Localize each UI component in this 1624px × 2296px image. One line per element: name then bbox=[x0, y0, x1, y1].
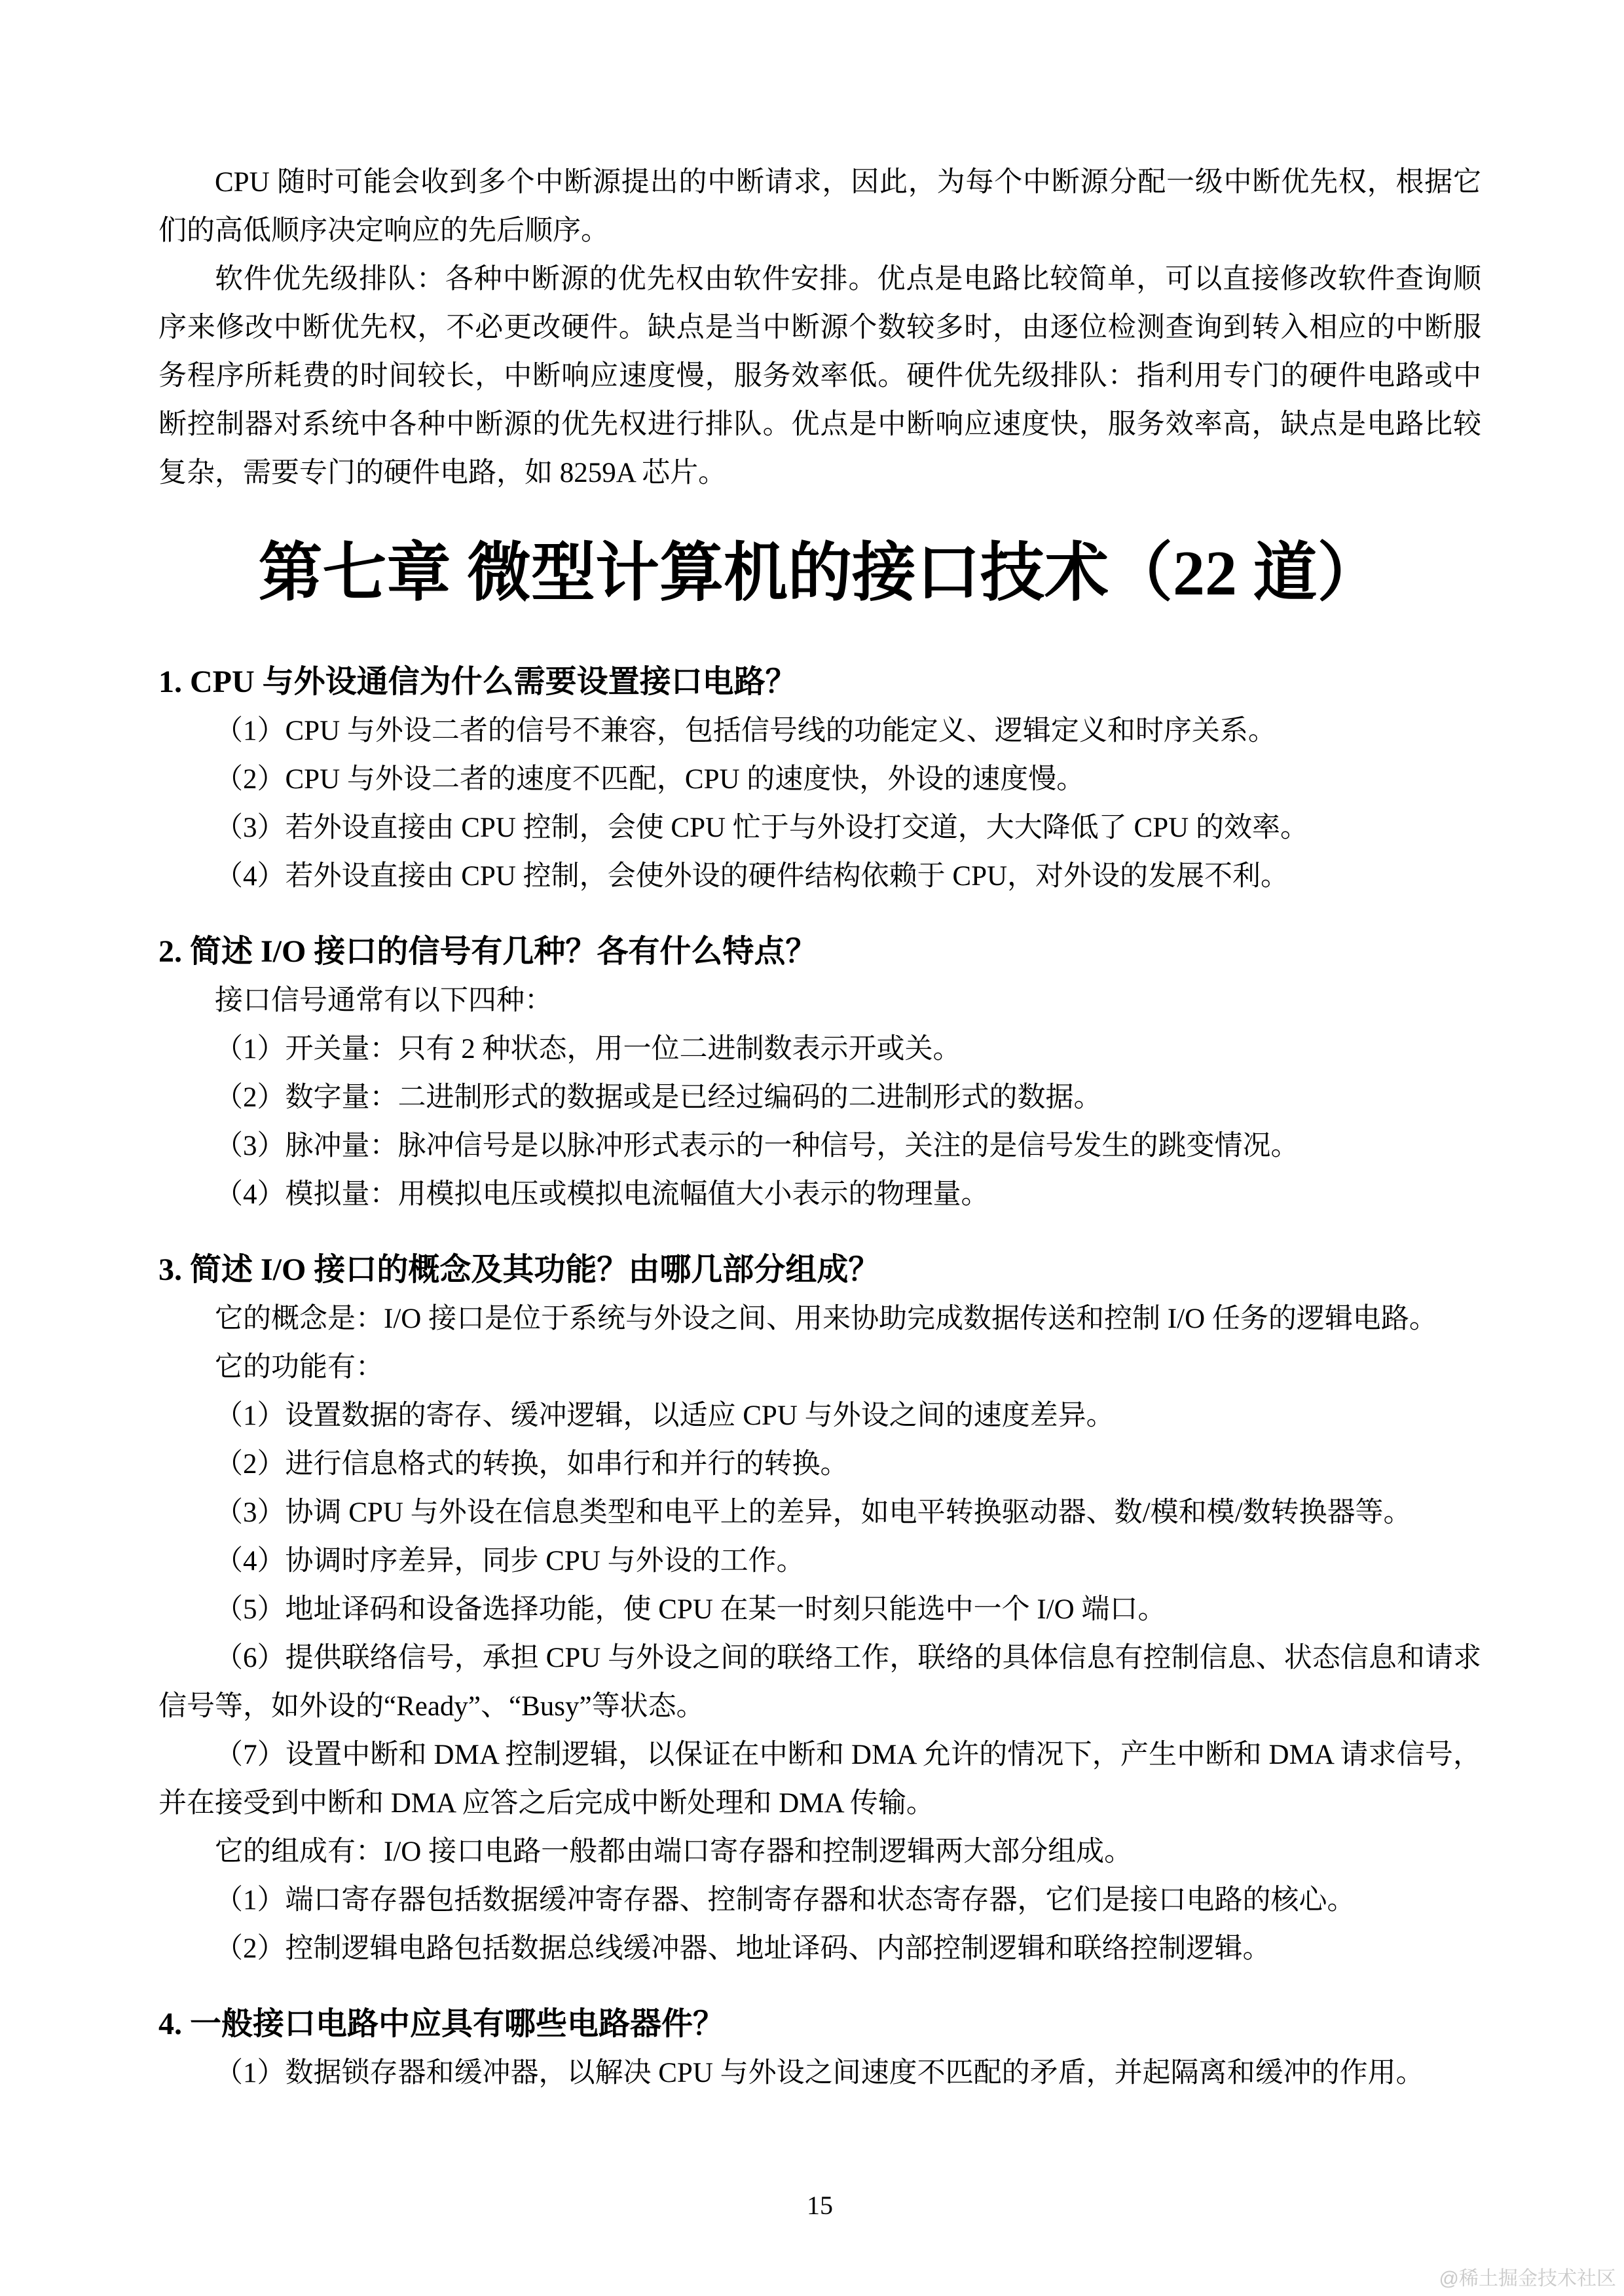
answer-paragraph: （6）提供联络信号，承担 CPU 与外设之间的联络工作，联络的具体信息有控制信息… bbox=[158, 1634, 1481, 1731]
answer-paragraph: （7）设置中断和 DMA 控制逻辑，以保证在中断和 DMA 允许的情况下，产生中… bbox=[158, 1731, 1481, 1828]
answer-paragraph: （3）协调 CPU 与外设在信息类型和电平上的差异，如电平转换驱动器、数/模和模… bbox=[158, 1489, 1481, 1537]
question-1-heading: 1. CPU 与外设通信为什么需要设置接口电路？ bbox=[158, 657, 1481, 707]
question-3-section: 3. 简述 I/O 接口的概念及其功能？由哪几部分组成？ 它的概念是：I/O 接… bbox=[158, 1245, 1481, 1973]
answer-paragraph: 接口信号通常有以下四种： bbox=[158, 977, 1481, 1025]
answer-paragraph: （2）控制逻辑电路包括数据总线缓冲器、地址译码、内部控制逻辑和联络控制逻辑。 bbox=[158, 1925, 1481, 1973]
answer-paragraph: （1）开关量：只有 2 种状态，用一位二进制数表示开或关。 bbox=[158, 1025, 1481, 1074]
answer-paragraph: （3）脉冲量：脉冲信号是以脉冲形式表示的一种信号，关注的是信号发生的跳变情况。 bbox=[158, 1122, 1481, 1171]
answer-paragraph: （5）地址译码和设备选择功能，使 CPU 在某一时刻只能选中一个 I/O 端口。 bbox=[158, 1586, 1481, 1634]
question-2-heading: 2. 简述 I/O 接口的信号有几种？各有什么特点？ bbox=[158, 927, 1481, 977]
answer-paragraph: （4）若外设直接由 CPU 控制，会使外设的硬件结构依赖于 CPU，对外设的发展… bbox=[158, 852, 1481, 901]
answer-paragraph: （3）若外设直接由 CPU 控制，会使 CPU 忙于与外设打交道，大大降低了 C… bbox=[158, 804, 1481, 852]
question-2-section: 2. 简述 I/O 接口的信号有几种？各有什么特点？ 接口信号通常有以下四种： … bbox=[158, 927, 1481, 1219]
answer-paragraph: 它的组成有：I/O 接口电路一般都由端口寄存器和控制逻辑两大部分组成。 bbox=[158, 1828, 1481, 1876]
answer-paragraph: （1）设置数据的寄存、缓冲逻辑，以适应 CPU 与外设之间的速度差异。 bbox=[158, 1392, 1481, 1440]
question-4-heading: 4. 一般接口电路中应具有哪些电路器件？ bbox=[158, 1999, 1481, 2049]
question-3-heading: 3. 简述 I/O 接口的概念及其功能？由哪几部分组成？ bbox=[158, 1245, 1481, 1295]
answer-paragraph: （4）协调时序差异，同步 CPU 与外设的工作。 bbox=[158, 1537, 1481, 1586]
answer-paragraph: 它的功能有： bbox=[158, 1343, 1481, 1392]
answer-paragraph: （1）数据锁存器和缓冲器，以解决 CPU 与外设之间速度不匹配的矛盾，并起隔离和… bbox=[158, 2049, 1481, 2098]
question-4-section: 4. 一般接口电路中应具有哪些电路器件？ （1）数据锁存器和缓冲器，以解决 CP… bbox=[158, 1999, 1481, 2098]
question-1-section: 1. CPU 与外设通信为什么需要设置接口电路？ （1）CPU 与外设二者的信号… bbox=[158, 657, 1481, 901]
chapter-title: 第七章 微型计算机的接口技术（22 道） bbox=[158, 530, 1481, 617]
watermark: @稀土掘金技术社区 bbox=[1439, 2262, 1616, 2291]
answer-paragraph: （1）CPU 与外设二者的信号不兼容，包括信号线的功能定义、逻辑定义和时序关系。 bbox=[158, 707, 1481, 756]
intro-paragraph-2: 软件优先级排队：各种中断源的优先权由软件安排。优点是电路比较简单，可以直接修改软… bbox=[158, 255, 1481, 498]
answer-paragraph: （4）模拟量：用模拟电压或模拟电流幅值大小表示的物理量。 bbox=[158, 1171, 1481, 1219]
answer-paragraph: 它的概念是：I/O 接口是位于系统与外设之间、用来协助完成数据传送和控制 I/O… bbox=[158, 1295, 1481, 1343]
document-page: CPU 随时可能会收到多个中断源提出的中断请求，因此，为每个中断源分配一级中断优… bbox=[0, 0, 1624, 2296]
answer-paragraph: （1）端口寄存器包括数据缓冲寄存器、控制寄存器和状态寄存器，它们是接口电路的核心… bbox=[158, 1876, 1481, 1925]
answer-paragraph: （2）进行信息格式的转换，如串行和并行的转换。 bbox=[158, 1440, 1481, 1489]
answer-paragraph: （2）数字量：二进制形式的数据或是已经过编码的二进制形式的数据。 bbox=[158, 1074, 1481, 1122]
intro-paragraph-1: CPU 随时可能会收到多个中断源提出的中断请求，因此，为每个中断源分配一级中断优… bbox=[158, 158, 1481, 255]
page-number: 15 bbox=[158, 2189, 1481, 2222]
answer-paragraph: （2）CPU 与外设二者的速度不匹配，CPU 的速度快，外设的速度慢。 bbox=[158, 756, 1481, 804]
